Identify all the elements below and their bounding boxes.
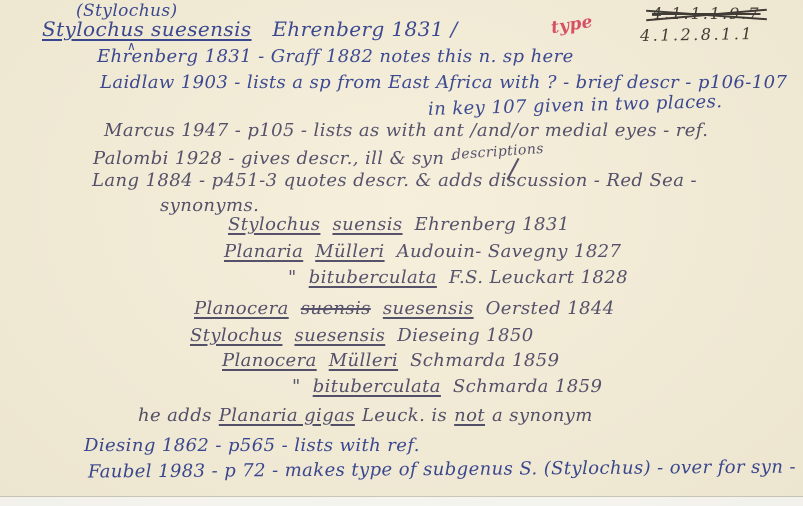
remark-post: a synonym	[492, 405, 593, 426]
type-annotation: type	[550, 13, 594, 38]
synonym-genus: Planaria	[224, 241, 303, 262]
synonym-author: F.S. Leuckart 1828	[449, 267, 628, 288]
remark-mid: Leuck. is	[362, 405, 447, 426]
note-laidlaw-continued: in key 107 given in two places.	[428, 92, 723, 119]
synonym-author: Oersted 1844	[486, 298, 615, 319]
note-laidlaw: Laidlaw 1903 - lists a sp from East Afri…	[100, 73, 787, 93]
synonym-author: Dieseing 1850	[397, 325, 533, 346]
synonym-species: suesensis	[383, 298, 474, 319]
synonym-genus: Planocera	[194, 298, 289, 319]
note-lang: Lang 1884 - p451-3 quotes descr. & adds …	[92, 171, 697, 191]
remark-not: not	[454, 405, 485, 426]
catalog-number-old: 4.1.1.1.9.7	[652, 5, 761, 23]
remark-pre: he adds	[138, 405, 212, 426]
synonym-row: StylochussuensisEhrenberg 1831	[228, 215, 570, 235]
synonym-genus: Stylochus	[190, 325, 282, 346]
synonym-species: Mülleri	[329, 350, 398, 371]
synonym-species: suesensis	[294, 325, 385, 346]
synonym-genus: Planocera	[222, 350, 317, 371]
not-a-synonym-remark: he addsPlanaria gigasLeuck. isnota synon…	[138, 406, 593, 426]
synonym-genus: Stylochus	[228, 214, 320, 235]
synonym-row: PlanoceraMülleriSchmarda 1859	[222, 351, 559, 371]
species-name: Stylochus suesensis	[42, 17, 252, 41]
synonym-row: StylochussuesensisDieseing 1850	[190, 326, 534, 346]
note-diesing: Diesing 1862 - p565 - lists with ref.	[84, 436, 420, 456]
scanned-index-card: (Stylochus) Stylochus suesensis Ehrenber…	[0, 0, 803, 506]
synonym-author: Ehrenberg 1831	[415, 214, 570, 235]
synonym-species: suensis	[332, 214, 402, 235]
scanner-edge	[0, 496, 803, 506]
note-lang-inserted-word: descriptions	[452, 142, 545, 164]
synonyms-label: synonyms.	[160, 196, 259, 216]
struck-species: suensis	[301, 298, 371, 319]
species-author: Ehrenberg 1831 /	[272, 17, 458, 41]
synonym-species: bituberculata	[309, 267, 437, 288]
synonym-row: "bituberculataSchmarda 1859	[292, 377, 602, 397]
synonym-species: Mülleri	[315, 241, 384, 262]
synonym-row: PlanocerasuensissuesensisOersted 1844	[194, 299, 615, 319]
ditto-mark: "	[288, 267, 297, 288]
synonym-row: PlanariaMülleriAudouin- Savegny 1827	[224, 242, 621, 262]
synonym-author: Schmarda 1859	[410, 350, 559, 371]
synonym-row: "bituberculataF.S. Leuckart 1828	[288, 268, 628, 288]
note-faubel: Faubel 1983 - p 72 - makes type of subge…	[88, 458, 796, 483]
note-palombi: Palombi 1928 - gives descr., ill & syn -	[93, 149, 457, 169]
synonym-author: Schmarda 1859	[453, 376, 602, 397]
species-title-line: Stylochus suesensis Ehrenberg 1831 /	[42, 18, 458, 40]
note-graff: Ehrenberg 1831 - Graff 1882 notes this n…	[97, 47, 574, 67]
remark-species-name: Planaria gigas	[219, 405, 355, 426]
ditto-mark: "	[292, 376, 301, 397]
synonym-author: Audouin- Savegny 1827	[397, 241, 622, 262]
note-marcus: Marcus 1947 - p105 - lists as with ant /…	[104, 121, 708, 141]
synonym-species: bituberculata	[313, 376, 441, 397]
catalog-number-new: 4.1.2.8.1.1	[640, 25, 754, 45]
